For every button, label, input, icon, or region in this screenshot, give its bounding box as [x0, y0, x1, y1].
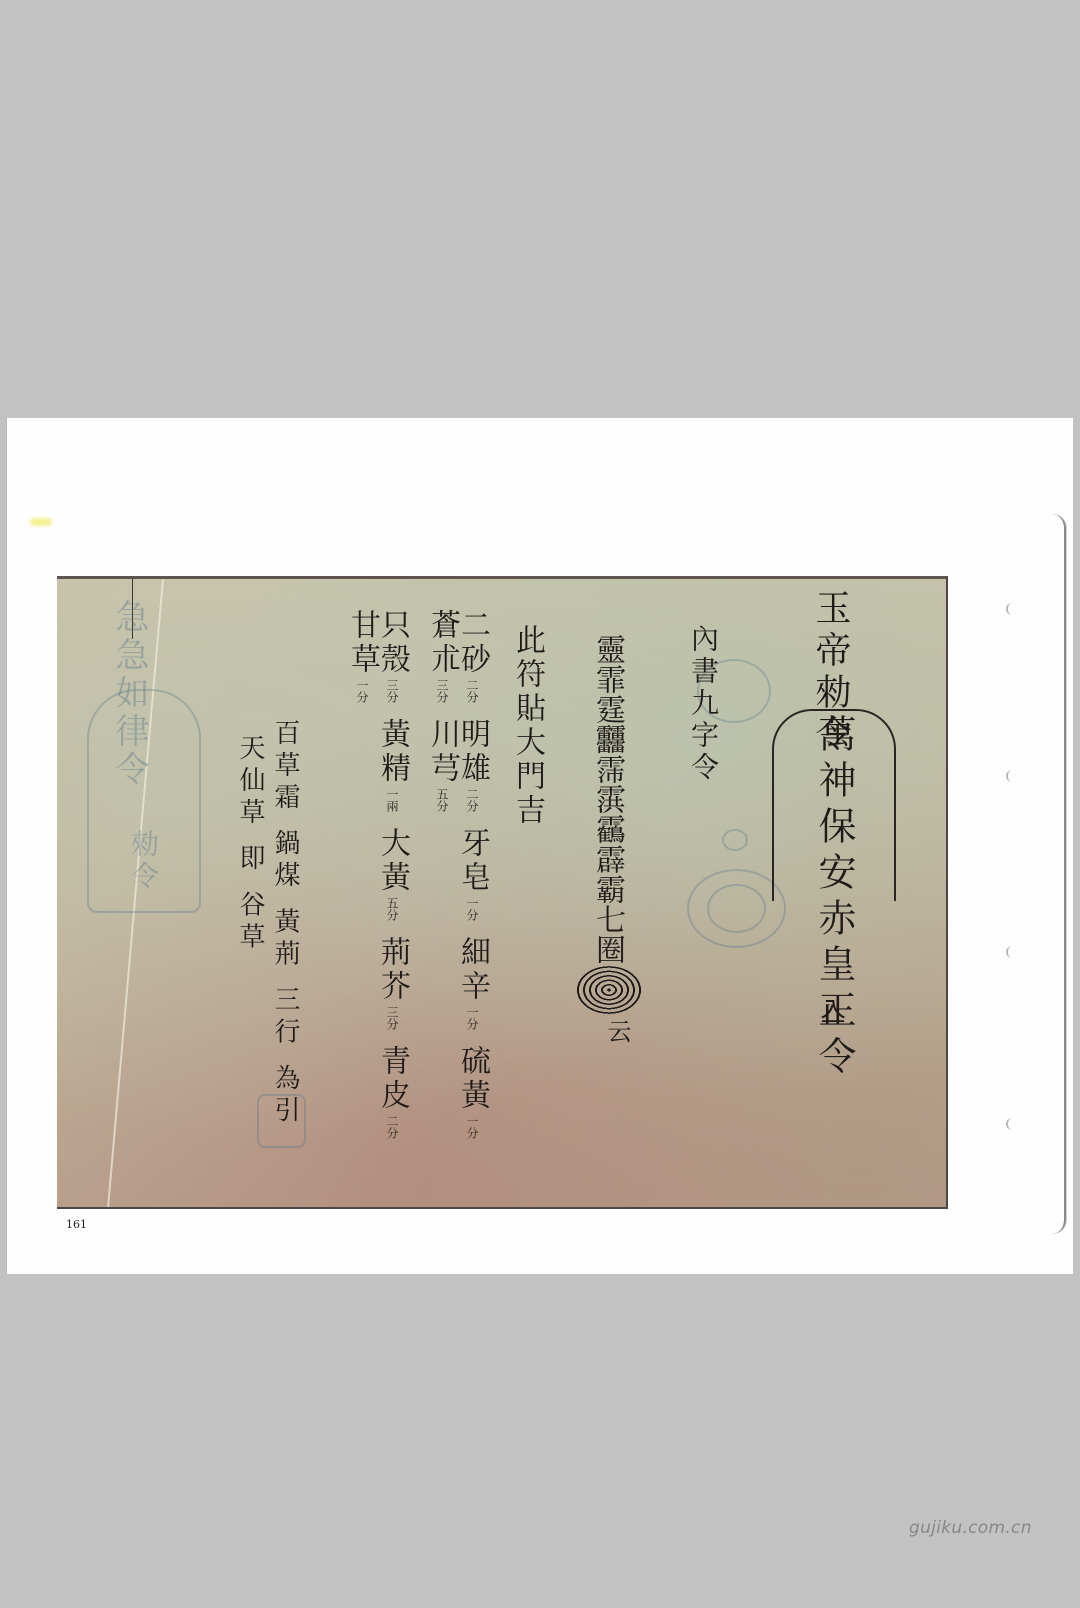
- binder-hole-icon: [1006, 946, 1018, 958]
- ingredient: 二砂二分: [457, 609, 487, 713]
- ingredient: 硫黃一分: [457, 1045, 487, 1149]
- ingredient: 明雄二分: [457, 718, 487, 822]
- manuscript-photo: 急急如律令 勑令 玉帝勑令 萬神保安赤皇正令 𠓛 內書九字令 靈霏霆䨻霈霟靏霹霸…: [57, 576, 948, 1209]
- bleed-through-circle: [722, 829, 748, 851]
- ingredient: 川芎五分: [427, 718, 457, 822]
- spiral-circle-icon: [574, 964, 644, 1016]
- placement-note: 此符貼大門吉: [512, 624, 542, 828]
- ingredient: 大黃五分: [377, 827, 407, 931]
- ingredients-column-4: 天仙草 即 谷草: [237, 734, 263, 955]
- ingredient: 牙皂一分: [457, 827, 487, 931]
- yellow-highlight-mark: [30, 518, 52, 526]
- ingredient: 黃精一兩: [377, 718, 407, 822]
- talisman-characters: 靈霏霆䨻霈霟靏霹霸七圈: [592, 634, 622, 964]
- ingredient: 細辛一分: [457, 936, 487, 1040]
- ingredient: 荊芥三分: [377, 936, 407, 1040]
- site-watermark: gujiku.com.cn: [909, 1518, 1032, 1538]
- title-ending: 𠓛: [819, 999, 845, 1031]
- scanned-page: 急急如律令 勑令 玉帝勑令 萬神保安赤皇正令 𠓛 內書九字令 靈霏霆䨻霈霟靏霹霸…: [6, 418, 1073, 1274]
- bleed-through-circle: [707, 884, 766, 933]
- ingredients-column-1: 二砂二分 明雄二分 牙皂一分 細辛一分 硫黃一分 蒼朮三分 川芎五分: [427, 609, 487, 1207]
- page-number: 161: [66, 1218, 87, 1231]
- instruction-column: 內書九字令: [689, 624, 717, 784]
- ingredients-column-2: 只殼三分 黃精一兩 大黃五分 荊芥三分 青皮二分 甘草一分: [347, 609, 407, 1207]
- ingredient: 只殼三分: [377, 609, 407, 713]
- binder-hole-icon: [1006, 603, 1018, 615]
- binder-hole-icon: [1006, 770, 1018, 782]
- binder-hole-icon: [1006, 1118, 1018, 1130]
- talisman-terminal: 云: [605, 1019, 629, 1047]
- faint-seal-stamp: [257, 1094, 306, 1148]
- ingredient: 蒼朮三分: [427, 609, 457, 713]
- bleed-through-outline: [87, 689, 201, 913]
- ingredient: 甘草一分: [347, 609, 377, 713]
- ingredient: 青皮二分: [377, 1045, 407, 1149]
- ingredients-column-3: 百草霜 鍋煤 黃荊 三行 為引: [272, 719, 298, 1128]
